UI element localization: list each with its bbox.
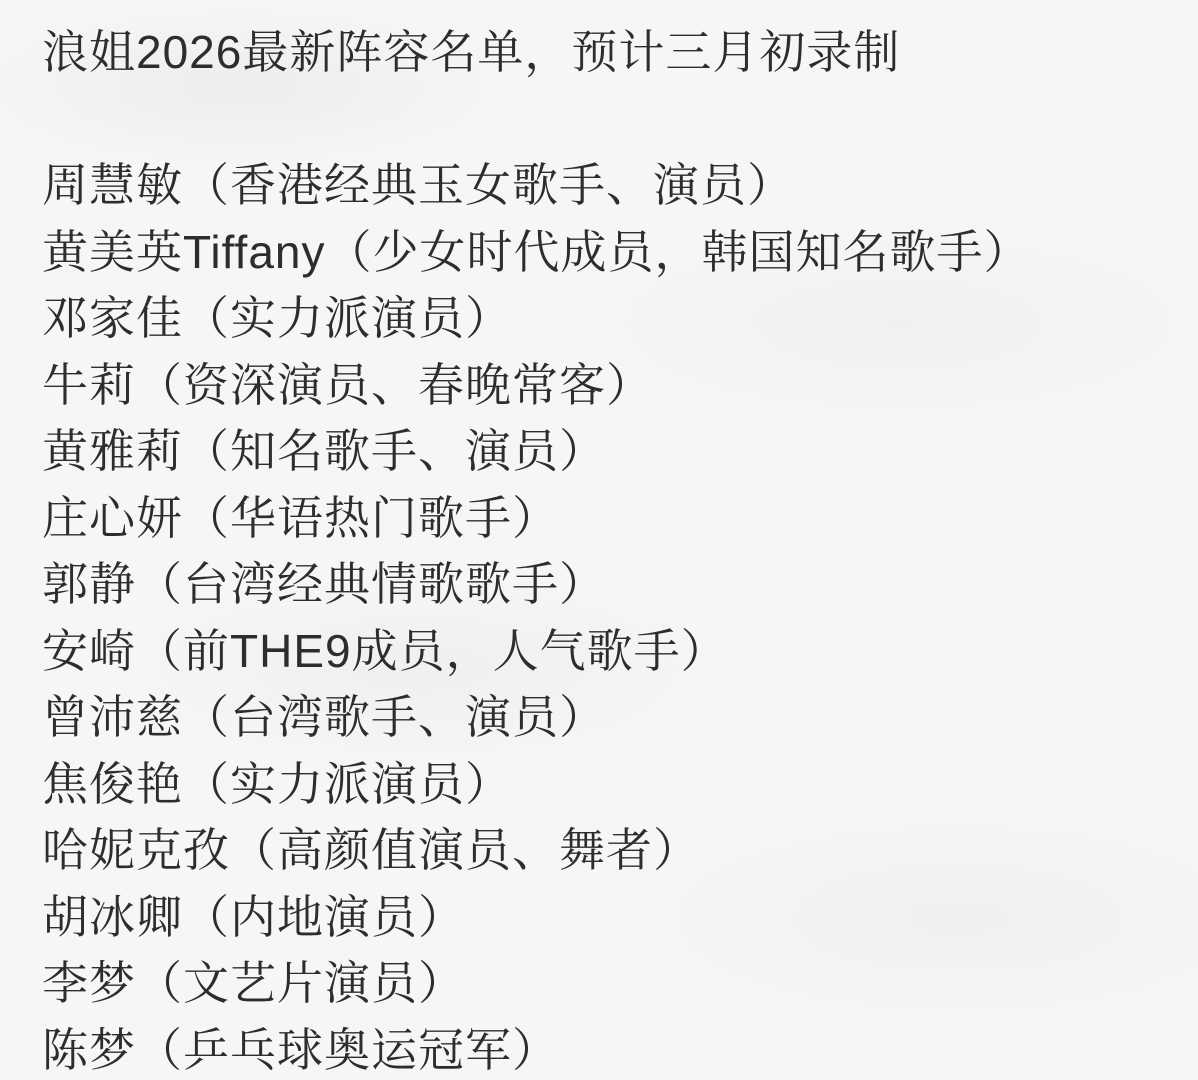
roster-item: 陈梦（乒乓球奥运冠军） [42,1017,1168,1080]
roster-item: 周慧敏（香港经典玉女歌手、演员） [42,152,1168,219]
roster-item: 黄雅莉（知名歌手、演员） [42,418,1168,485]
roster-item: 焦俊艳（实力派演员） [42,751,1168,818]
post-page: 浪姐2026最新阵容名单，预计三月初录制 周慧敏（香港经典玉女歌手、演员） 黄美… [0,0,1198,1080]
roster-item: 黄美英Tiffany（少女时代成员，韩国知名歌手） [42,219,1168,286]
roster-item: 邓家佳（实力派演员） [42,285,1168,352]
roster-item: 庄心妍（华语热门歌手） [42,485,1168,552]
roster-item: 哈妮克孜（高颜值演员、舞者） [42,817,1168,884]
roster-item: 安崎（前THE9成员，人气歌手） [42,618,1168,685]
roster-item: 郭静（台湾经典情歌歌手） [42,551,1168,618]
roster-list: 周慧敏（香港经典玉女歌手、演员） 黄美英Tiffany（少女时代成员，韩国知名歌… [42,152,1168,1080]
roster-item: 胡冰卿（内地演员） [42,884,1168,951]
roster-item: 牛莉（资深演员、春晚常客） [42,352,1168,419]
page-title: 浪姐2026最新阵容名单，预计三月初录制 [42,20,1168,84]
roster-item: 李梦（文艺片演员） [42,950,1168,1017]
roster-item: 曾沛慈（台湾歌手、演员） [42,684,1168,751]
